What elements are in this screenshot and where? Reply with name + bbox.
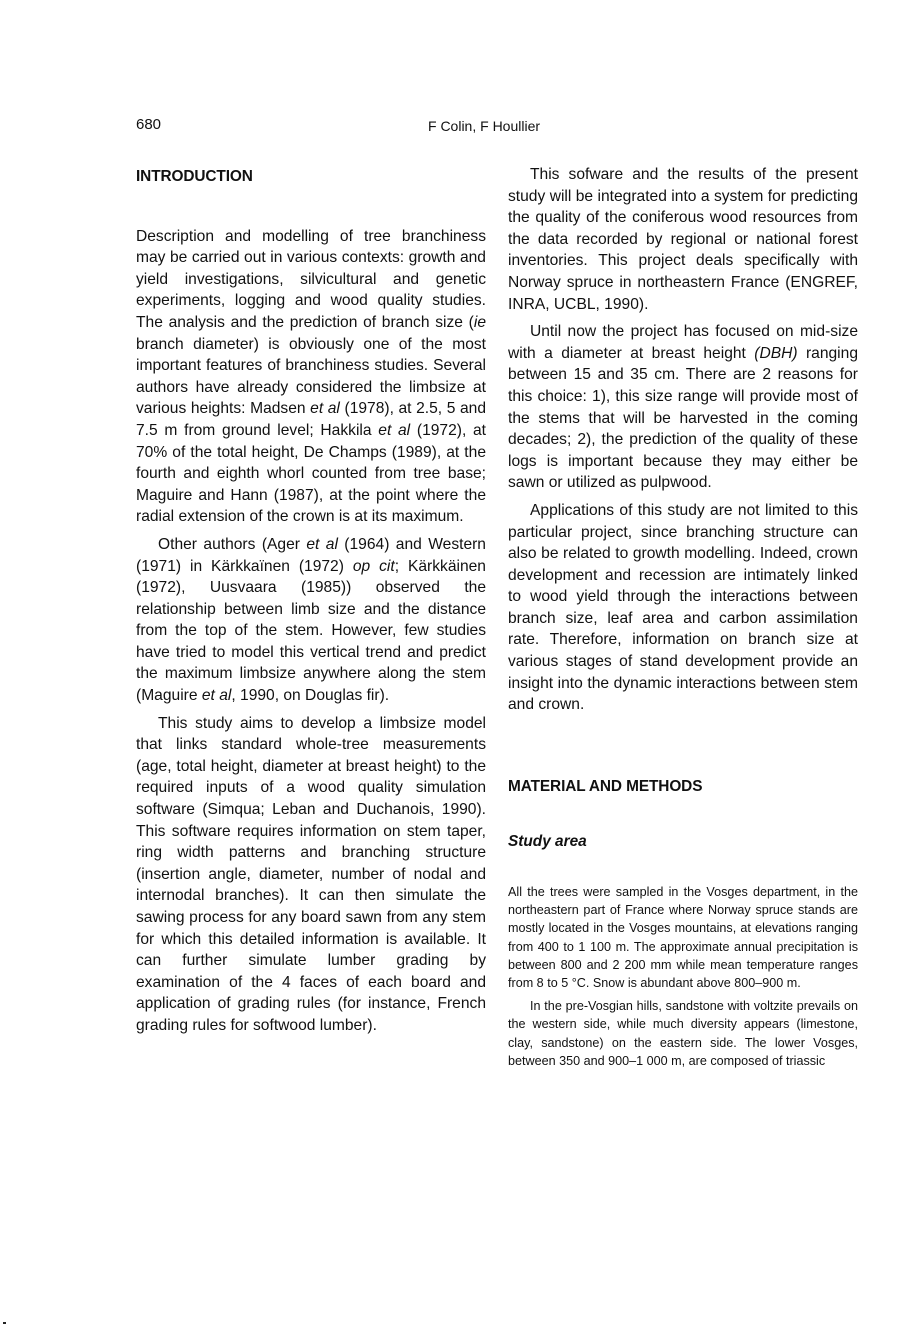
- study-area-paragraph-1: All the trees were sampled in the Vosges…: [508, 883, 858, 992]
- right-column: This sofware and the results of the pres…: [508, 164, 858, 1075]
- study-area-text: All the trees were sampled in the Vosges…: [508, 883, 858, 1070]
- section-heading-material-methods: MATERIAL AND METHODS: [508, 776, 858, 798]
- intro-paragraph-3: This study aims to develop a limbsize mo…: [136, 713, 486, 1037]
- intro-paragraph-6: Applications of this study are not limit…: [508, 500, 858, 716]
- intro-paragraph-4: This sofware and the results of the pres…: [508, 164, 858, 315]
- scan-artifact-mark: [3, 1322, 6, 1324]
- study-area-paragraph-2: In the pre-Vosgian hills, sandstone with…: [508, 997, 858, 1070]
- section-heading-introduction: INTRODUCTION: [136, 166, 486, 188]
- intro-paragraph-2: Other authors (Ager et al (1964) and Wes…: [136, 534, 486, 707]
- page-number: 680: [136, 116, 161, 133]
- running-head-authors: F Colin, F Houllier: [428, 118, 540, 134]
- intro-paragraph-5: Until now the project has focused on mid…: [508, 321, 858, 494]
- left-column: INTRODUCTION Description and modelling o…: [136, 164, 486, 1043]
- intro-paragraph-1: Description and modelling of tree branch…: [136, 226, 486, 528]
- subsection-heading-study-area: Study area: [508, 831, 858, 853]
